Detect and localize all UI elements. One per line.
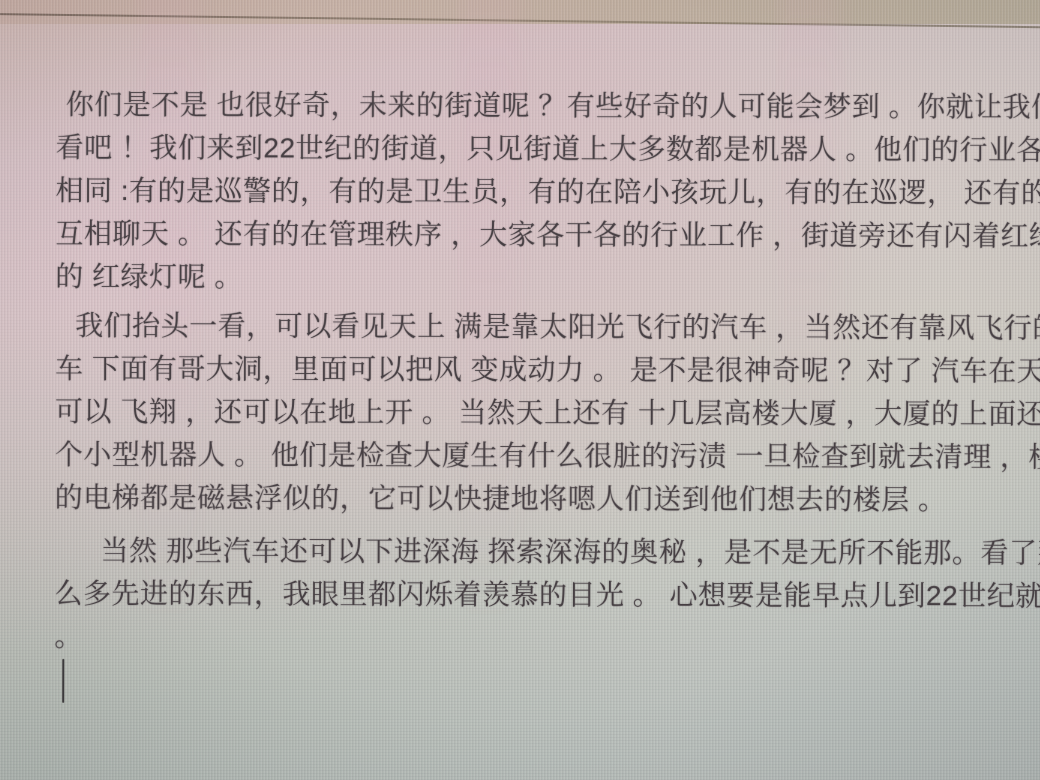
document-text[interactable]: 你们是不是 也很好奇，未来的街道呢 ？有些好奇的人可能会梦到 。你就让我们看看吧… (54, 83, 946, 703)
text-line[interactable]: 相同 :有的是巡警的，有的是卫生员，有的在陪小孩玩儿，有的在巡逻， 还有的在 (55, 169, 945, 214)
text-line[interactable]: 的 红绿灯呢 。 (55, 255, 945, 300)
text-line[interactable]: 互相聊天 。 还有的在管理秩序 ，大家各干各的行业工作 ，街道旁还有闪着红绿黄 (55, 212, 945, 257)
text-line[interactable]: 。 (54, 615, 944, 660)
text-cursor-caret (62, 659, 64, 703)
paragraph: 你们是不是 也很好奇，未来的街道呢 ？有些好奇的人可能会梦到 。你就让我们看看吧… (55, 83, 946, 300)
text-line[interactable]: 的电梯都是磁悬浮似的，它可以快捷地将嗯人们送到他们想去的楼层 。 (55, 476, 945, 521)
text-line[interactable]: 我们抬头一看，可以看见天上 满是靠太阳光飞行的汽车 ，当然还有靠风飞行的汽 (55, 304, 945, 349)
screen-top-color-band (0, 0, 1040, 24)
text-line[interactable]: 么多先进的东西，我眼里都闪烁着羡慕的目光 。 心想要是能早点儿到22世纪就好了 (54, 572, 944, 617)
paragraph: 当然 那些汽车还可以下进深海 探索深海的奥秘 ，是不是无所不能那。看了那么多先进… (54, 529, 944, 660)
text-line[interactable]: 你们是不是 也很好奇，未来的街道呢 ？有些好奇的人可能会梦到 。你就让我们看 (56, 83, 946, 128)
text-line[interactable]: 车 下面有哥大洞，里面可以把风 变成动力 。 是不是很神奇呢 ？对了 汽车在天上… (55, 347, 945, 392)
text-line[interactable]: 可以 飞翔 ，还可以在地上开 。 当然天上还有 十几层高楼大厦 ，大厦的上面还有… (55, 390, 945, 435)
monitor-photo: { "colors": { "text": "#463f43", "backgr… (0, 0, 1040, 780)
paragraph: 我们抬头一看，可以看见天上 满是靠太阳光飞行的汽车 ，当然还有靠风飞行的汽车 下… (55, 304, 946, 521)
text-line[interactable]: 看吧 ！我们来到22世纪的街道，只见街道上大多数都是机器人 。他们的行业各不 (56, 126, 946, 171)
screen-top-edge-line (0, 13, 1040, 28)
caret-line (54, 658, 944, 703)
text-line[interactable]: 当然 那些汽车还可以下进深海 探索深海的奥秘 ，是不是无所不能那。看了那 (55, 529, 945, 574)
text-line[interactable]: 个小型机器人 。 他们是检查大厦生有什么很脏的污渍 一旦检查到就去清理 ，楼房 (55, 433, 945, 478)
